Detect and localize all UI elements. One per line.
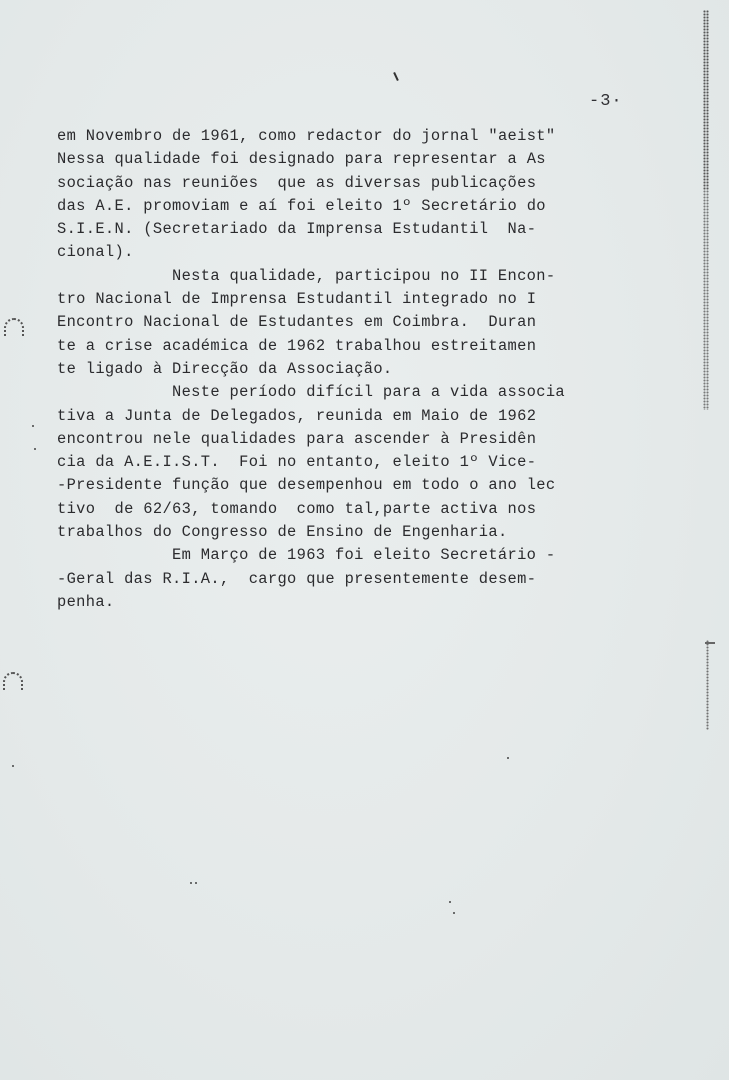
paragraph-start-line: Neste período difícil para a vida associ… <box>57 381 627 404</box>
page-number: -3· <box>589 92 623 111</box>
binding-edge-speckle-dark <box>703 10 709 190</box>
text-line: penha. <box>57 591 627 614</box>
punch-hole-mark <box>4 318 24 336</box>
text-line: sociação nas reuniões que as diversas pu… <box>57 172 627 195</box>
text-line: cional). <box>57 241 627 264</box>
text-line: te a crise académica de 1962 trabalhou e… <box>57 335 627 358</box>
paragraph-start-line: Em Março de 1963 foi eleito Secretário - <box>57 544 627 567</box>
text-line: tiva a Junta de Delegados, reunida em Ma… <box>57 405 627 428</box>
scanned-page: -3· em Novembro de 1961, como redactor d… <box>0 0 729 1080</box>
speck <box>195 882 197 884</box>
stray-ink-mark <box>393 72 399 81</box>
speck <box>453 912 455 914</box>
text-line: -Presidente função que desempenhou em to… <box>57 474 627 497</box>
text-line: encontrou nele qualidades para ascender … <box>57 428 627 451</box>
typewritten-body: em Novembro de 1961, como redactor do jo… <box>57 125 627 614</box>
paragraph-start-line: Nesta qualidade, participou no II Encon- <box>57 265 627 288</box>
text-line: tro Nacional de Imprensa Estudantil inte… <box>57 288 627 311</box>
text-line: S.I.E.N. (Secretariado da Imprensa Estud… <box>57 218 627 241</box>
speck <box>507 757 509 759</box>
binding-edge-mark <box>705 642 715 644</box>
text-line: tivo de 62/63, tomando como tal,parte ac… <box>57 498 627 521</box>
text-line: trabalhos do Congresso de Ensino de Enge… <box>57 521 627 544</box>
speck <box>190 882 192 884</box>
text-line: Nessa qualidade foi designado para repre… <box>57 148 627 171</box>
text-line: te ligado à Direcção da Associação. <box>57 358 627 381</box>
binding-edge-speckle-lower <box>706 640 709 730</box>
speck <box>32 425 34 427</box>
text-line: cia da A.E.I.S.T. Foi no entanto, eleito… <box>57 451 627 474</box>
speck <box>34 448 36 450</box>
speck <box>12 765 14 767</box>
text-line: -Geral das R.I.A., cargo que presentemen… <box>57 568 627 591</box>
text-line: em Novembro de 1961, como redactor do jo… <box>57 125 627 148</box>
punch-hole-mark <box>3 672 23 690</box>
speck <box>449 901 451 903</box>
text-line: Encontro Nacional de Estudantes em Coimb… <box>57 311 627 334</box>
text-line: das A.E. promoviam e aí foi eleito 1º Se… <box>57 195 627 218</box>
